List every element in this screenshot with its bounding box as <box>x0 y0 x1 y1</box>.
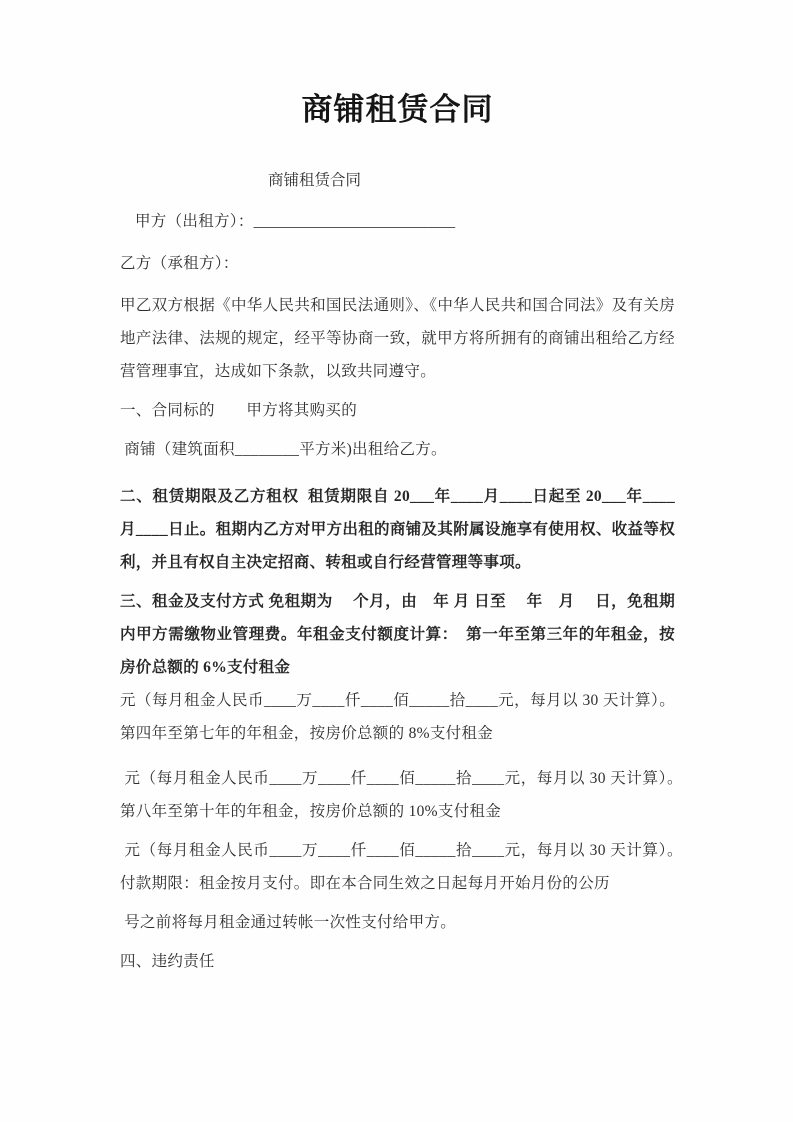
contract-subtitle: 商铺租赁合同 <box>120 164 675 197</box>
contract-title: 商铺租赁合同 <box>120 92 675 128</box>
contract-page: 商铺租赁合同 商铺租赁合同 甲方（出租方）：__________________… <box>0 0 793 1122</box>
rent-terms-paragraph-payment-deadline: 元（每月租金人民币____万____仟____佰_____拾____元，每月以 … <box>120 834 675 900</box>
rent-terms-paragraph-years-8-10: 元（每月租金人民币____万____仟____佰_____拾____元，每月以 … <box>120 762 675 828</box>
party-b-line: 乙方（承租方）： <box>120 247 675 280</box>
payment-transfer-note: 号之前将每月租金通过转帐一次性支付给甲方。 <box>120 906 675 939</box>
rent-terms-paragraph-years-1-3: 元（每月租金人民币____万____仟____佰_____拾____元，每月以 … <box>120 684 675 750</box>
clause-2-paragraph: 二、租赁期限及乙方租权 租赁期限自 20___年____月____日起至 20_… <box>120 480 675 579</box>
clause-4-heading: 四、违约责任 <box>120 945 675 978</box>
party-a-blank-field: __________________________ <box>254 213 456 230</box>
preamble-paragraph: 甲乙双方根据《中华人民共和国民法通则》、《中华人民共和国合同法》及有关房地产法律… <box>120 289 675 388</box>
clause-1-body: 商铺（建筑面积________平方米)出租给乙方。 <box>120 433 675 466</box>
party-a-label: 甲方（出租方）： <box>135 213 254 230</box>
clause-1-heading: 一、合同标的 甲方将其购买的 <box>120 394 675 427</box>
clause-3-paragraph: 三、租金及支付方式 免租期为 个月，由 年 月 日至 年 月 日，免租期内甲方需… <box>120 585 675 684</box>
party-a-line: 甲方（出租方）：__________________________ <box>120 205 675 238</box>
